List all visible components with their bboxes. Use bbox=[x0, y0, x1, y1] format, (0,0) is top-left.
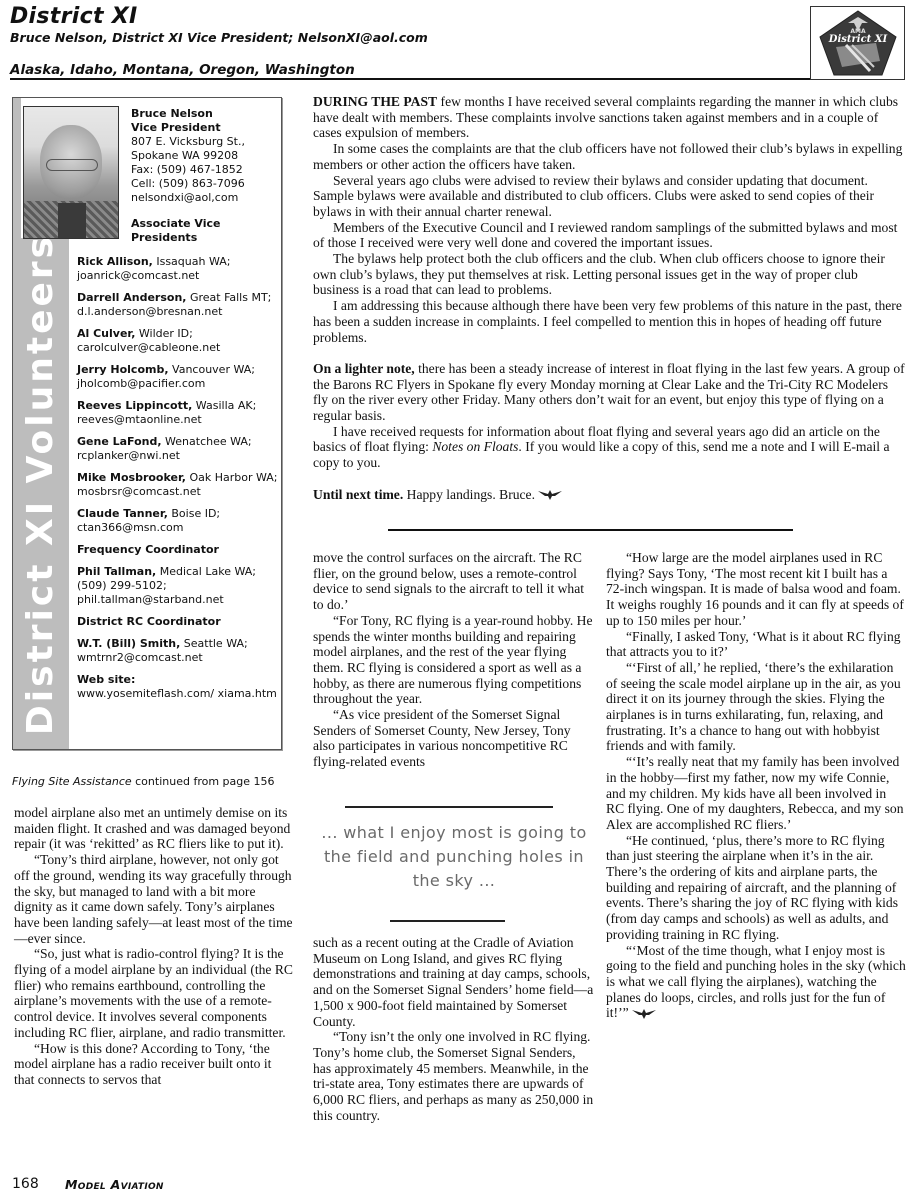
volunteers-sidebar: District XI Volunteers Bruce Nelson Vice… bbox=[12, 97, 282, 750]
website-entry: Web site: www.yosemiteflash.com/ xiama.h… bbox=[77, 673, 281, 701]
paragraph: model airplane also met an untimely demi… bbox=[14, 805, 294, 852]
pullquote: ... what I enjoy most is going to the fi… bbox=[313, 821, 595, 893]
paragraph: Members of the Executive Council and I r… bbox=[313, 220, 905, 251]
vp-address2: Spokane WA 99208 bbox=[131, 149, 281, 163]
paragraph: The bylaws help protect both the club of… bbox=[313, 251, 905, 298]
vp-photo bbox=[23, 106, 119, 239]
vp-cell: Cell: (509) 863-7096 bbox=[131, 177, 281, 191]
paragraph: “Tony isn’t the only one involved in RC … bbox=[313, 1029, 595, 1123]
paragraph: “‘First of all,’ he replied, ‘there’s th… bbox=[606, 660, 906, 754]
sidebar-band-top bbox=[13, 98, 21, 238]
volunteer-entry: Darrell Anderson, Great Falls MT; d.l.an… bbox=[77, 291, 281, 319]
paragraph: “‘It’s really neat that my family has be… bbox=[606, 754, 906, 833]
paragraph: “Tony’s third airplane, however, not onl… bbox=[14, 852, 294, 946]
section-divider bbox=[388, 529, 793, 531]
ama-wings-icon bbox=[538, 490, 562, 500]
continued-note: Flying Site Assistance continued from pa… bbox=[12, 775, 275, 788]
paragraph: “He continued, ‘plus, there’s more to RC… bbox=[606, 833, 906, 943]
frequency-coordinator-heading: Frequency Coordinator bbox=[77, 543, 281, 557]
paragraph: I have received requests for information… bbox=[313, 424, 905, 471]
paragraph: “How large are the model airplanes used … bbox=[606, 550, 906, 629]
vp-name: Bruce Nelson bbox=[131, 107, 213, 120]
paragraph: such as a recent outing at the Cradle of… bbox=[313, 935, 595, 1029]
paragraph: On a lighter note, there has been a stea… bbox=[313, 361, 905, 424]
section-title: District XI bbox=[10, 4, 137, 29]
paragraph: In some cases the complaints are that th… bbox=[313, 141, 905, 172]
vp-contact: Bruce Nelson Vice President 807 E. Vicks… bbox=[131, 107, 281, 205]
volunteer-entry: Al Culver, Wilder ID; carolculver@cableo… bbox=[77, 327, 281, 355]
vp-fax: Fax: (509) 467-1852 bbox=[131, 163, 281, 177]
vp-column-article: DURING THE PAST few months I have receiv… bbox=[313, 94, 905, 502]
section-subtitle: Bruce Nelson, District XI Vice President… bbox=[10, 30, 428, 45]
district-logo: AMA District XI bbox=[810, 6, 905, 80]
rc-coordinator-entry: W.T. (Bill) Smith, Seattle WA; wmtrnr2@c… bbox=[77, 637, 281, 665]
paragraph: “‘Most of the time though, what I enjoy … bbox=[606, 943, 906, 1022]
article-column-middle-top: move the control surfaces on the aircraf… bbox=[313, 550, 595, 770]
paragraph: “How is this done? According to Tony, ‘t… bbox=[14, 1041, 294, 1088]
volunteer-entry: Jerry Holcomb, Vancouver WA; jholcomb@pa… bbox=[77, 363, 281, 391]
volunteer-entry: Rick Allison, Issaquah WA; joanrick@comc… bbox=[77, 255, 281, 283]
pullquote-rule-bottom bbox=[390, 920, 505, 922]
ama-wings-icon bbox=[632, 1009, 656, 1019]
district-xi-logo-icon: AMA District XI bbox=[818, 9, 898, 77]
paragraph: “Finally, I asked Tony, ‘What is it abou… bbox=[606, 629, 906, 660]
paragraph: I am addressing this because although th… bbox=[313, 298, 905, 345]
paragraph: move the control surfaces on the aircraf… bbox=[313, 550, 595, 613]
publication-name: Model Aviation bbox=[65, 1177, 164, 1192]
volunteer-entry: Mike Mosbrooker, Oak Harbor WA; mosbrsr@… bbox=[77, 471, 281, 499]
paragraph: “For Tony, RC flying is a year-round hob… bbox=[313, 613, 595, 707]
svg-text:District XI: District XI bbox=[827, 34, 887, 45]
vp-email[interactable]: nelsondxi@aol,com bbox=[131, 191, 281, 205]
closing: Until next time. Happy landings. Bruce. bbox=[313, 487, 905, 503]
page-number: 168 bbox=[12, 1176, 39, 1192]
pullquote-rule-top bbox=[345, 806, 553, 808]
volunteer-entry: Reeves Lippincott, Wasilla AK; reeves@mt… bbox=[77, 399, 281, 427]
vp-title: Vice President bbox=[131, 121, 221, 134]
frequency-coordinator-entry: Phil Tallman, Medical Lake WA; (509) 299… bbox=[77, 565, 281, 607]
associate-vp-heading: Associate Vice Presidents bbox=[131, 217, 281, 245]
volunteer-entry: Gene LaFond, Wenatchee WA; rcplanker@nwi… bbox=[77, 435, 281, 463]
volunteer-entry: Claude Tanner, Boise ID; ctan366@msn.com bbox=[77, 507, 281, 535]
website-link[interactable]: www.yosemiteflash.com/ xiama.htm bbox=[77, 687, 281, 701]
sidebar-vertical-title: District XI Volunteers bbox=[17, 269, 65, 699]
paragraph: DURING THE PAST few months I have receiv… bbox=[313, 94, 905, 141]
rc-coordinator-heading: District RC Coordinator bbox=[77, 615, 281, 629]
header-rule bbox=[10, 78, 905, 80]
paragraph: Several years ago clubs were advised to … bbox=[313, 173, 905, 220]
section-states: Alaska, Idaho, Montana, Oregon, Washingt… bbox=[10, 62, 355, 78]
article-column-left: model airplane also met an untimely demi… bbox=[14, 805, 294, 1088]
volunteer-list: Rick Allison, Issaquah WA; joanrick@comc… bbox=[77, 255, 281, 709]
vp-address1: 807 E. Vicksburg St., bbox=[131, 135, 281, 149]
paragraph: “So, just what is radio-control flying? … bbox=[14, 946, 294, 1040]
article-column-middle-bottom: such as a recent outing at the Cradle of… bbox=[313, 935, 595, 1123]
article-column-right: “How large are the model airplanes used … bbox=[606, 550, 906, 1021]
paragraph: “As vice president of the Somerset Signa… bbox=[313, 707, 595, 770]
